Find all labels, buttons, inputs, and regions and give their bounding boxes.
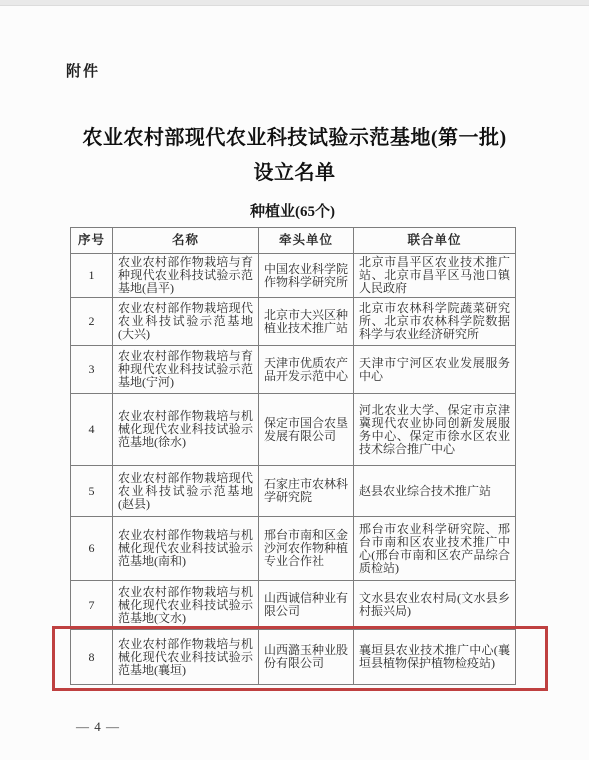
joint-unit-cell: 河北农业大学、保定市京津冀现代农业协同创新发展服务中心、保定市徐水区农业技术综合… (354, 394, 516, 466)
table-header-row: 序号 名称 牵头单位 联合单位 (71, 228, 516, 254)
document-page: 附件 农业农村部现代农业科技试验示范基地(第一批) 设立名单 种植业(65个) … (0, 0, 589, 760)
lead-unit-cell: 中国农业科学院作物科学研究所 (259, 254, 354, 298)
document-title-line1: 农业农村部现代农业科技试验示范基地(第一批) (0, 121, 589, 156)
row-number: 6 (71, 517, 113, 581)
section-title: 种植业(65个) (70, 200, 515, 221)
base-name-cell: 农业农村部作物栽培现代农业科技试验示范基地(大兴) (113, 298, 259, 346)
base-name-cell: 农业农村部作物栽培与机械化现代农业科技试验示范基地(文水) (113, 581, 259, 630)
attachment-label: 附件 (66, 60, 100, 81)
document-title-line2: 设立名单 (0, 156, 589, 191)
lead-unit-cell: 天津市优质农产品开发示范中心 (259, 346, 354, 394)
row-number: 1 (71, 254, 113, 298)
base-table: 序号 名称 牵头单位 联合单位 1 农业农村部作物栽培与育种现代农业科技试验示范… (70, 227, 516, 685)
joint-unit-cell: 天津市宁河区农业发展服务中心 (354, 346, 516, 394)
row-number: 3 (71, 346, 113, 394)
page-top-edge (0, 0, 589, 6)
table-row: 3 农业农村部作物栽培与育种现代农业科技试验示范基地(宁河) 天津市优质农产品开… (71, 346, 516, 394)
table-row: 7 农业农村部作物栽培与机械化现代农业科技试验示范基地(文水) 山西诚信种业有限… (71, 581, 516, 630)
table-row: 6 农业农村部作物栽培与机械化现代农业科技试验示范基地(南和) 邢台市南和区金沙… (71, 517, 516, 581)
table-row: 4 农业农村部作物栽培与机械化现代农业科技试验示范基地(徐水) 保定市国合农垦发… (71, 394, 516, 466)
base-name-cell: 农业农村部作物栽培现代农业科技试验示范基地(赵县) (113, 466, 259, 517)
joint-unit-cell: 北京市昌平区农业技术推广站、北京市昌平区马池口镇人民政府 (354, 254, 516, 298)
page-number: — 4 — (76, 719, 120, 735)
base-name-cell: 农业农村部作物栽培与机械化现代农业科技试验示范基地(南和) (113, 517, 259, 581)
row-number: 7 (71, 581, 113, 630)
table-row: 2 农业农村部作物栽培现代农业科技试验示范基地(大兴) 北京市大兴区种植业技术推… (71, 298, 516, 346)
row-number: 5 (71, 466, 113, 517)
joint-unit-cell: 赵县农业综合技术推广站 (354, 466, 516, 517)
joint-unit-cell: 襄垣县农业技术推广中心(襄垣县植物保护植物检疫站) (354, 630, 516, 685)
lead-unit-cell: 石家庄市农林科学研究院 (259, 466, 354, 517)
row-number: 4 (71, 394, 113, 466)
table-row: 8 农业农村部作物栽培与机械化现代农业科技试验示范基地(襄垣) 山西潞玉种业股份… (71, 630, 516, 685)
table-row: 1 农业农村部作物栽培与育种现代农业科技试验示范基地(昌平) 中国农业科学院作物… (71, 254, 516, 298)
base-name-cell: 农业农村部作物栽培与育种现代农业科技试验示范基地(宁河) (113, 346, 259, 394)
row-number: 8 (71, 630, 113, 685)
base-name-cell: 农业农村部作物栽培与机械化现代农业科技试验示范基地(襄垣) (113, 630, 259, 685)
joint-unit-cell: 文水县农业农村局(文水县乡村振兴局) (354, 581, 516, 630)
table-row: 5 农业农村部作物栽培现代农业科技试验示范基地(赵县) 石家庄市农林科学研究院 … (71, 466, 516, 517)
lead-unit-cell: 邢台市南和区金沙河农作物种植专业合作社 (259, 517, 354, 581)
column-header-no: 序号 (71, 228, 113, 254)
joint-unit-cell: 北京市农林科学院蔬菜研究所、北京市农林科学院数据科学与农业经济研究所 (354, 298, 516, 346)
table-body: 1 农业农村部作物栽培与育种现代农业科技试验示范基地(昌平) 中国农业科学院作物… (71, 254, 516, 685)
base-name-cell: 农业农村部作物栽培与育种现代农业科技试验示范基地(昌平) (113, 254, 259, 298)
row-number: 2 (71, 298, 113, 346)
lead-unit-cell: 山西潞玉种业股份有限公司 (259, 630, 354, 685)
lead-unit-cell: 北京市大兴区种植业技术推广站 (259, 298, 354, 346)
column-header-joint: 联合单位 (354, 228, 516, 254)
document-title: 农业农村部现代农业科技试验示范基地(第一批) 设立名单 (0, 121, 589, 191)
base-name-cell: 农业农村部作物栽培与机械化现代农业科技试验示范基地(徐水) (113, 394, 259, 466)
column-header-lead: 牵头单位 (259, 228, 354, 254)
column-header-name: 名称 (113, 228, 259, 254)
lead-unit-cell: 保定市国合农垦发展有限公司 (259, 394, 354, 466)
joint-unit-cell: 邢台市农业科学研究院、邢台市南和区农业技术推广中心(邢台市南和区农产品综合质检站… (354, 517, 516, 581)
lead-unit-cell: 山西诚信种业有限公司 (259, 581, 354, 630)
